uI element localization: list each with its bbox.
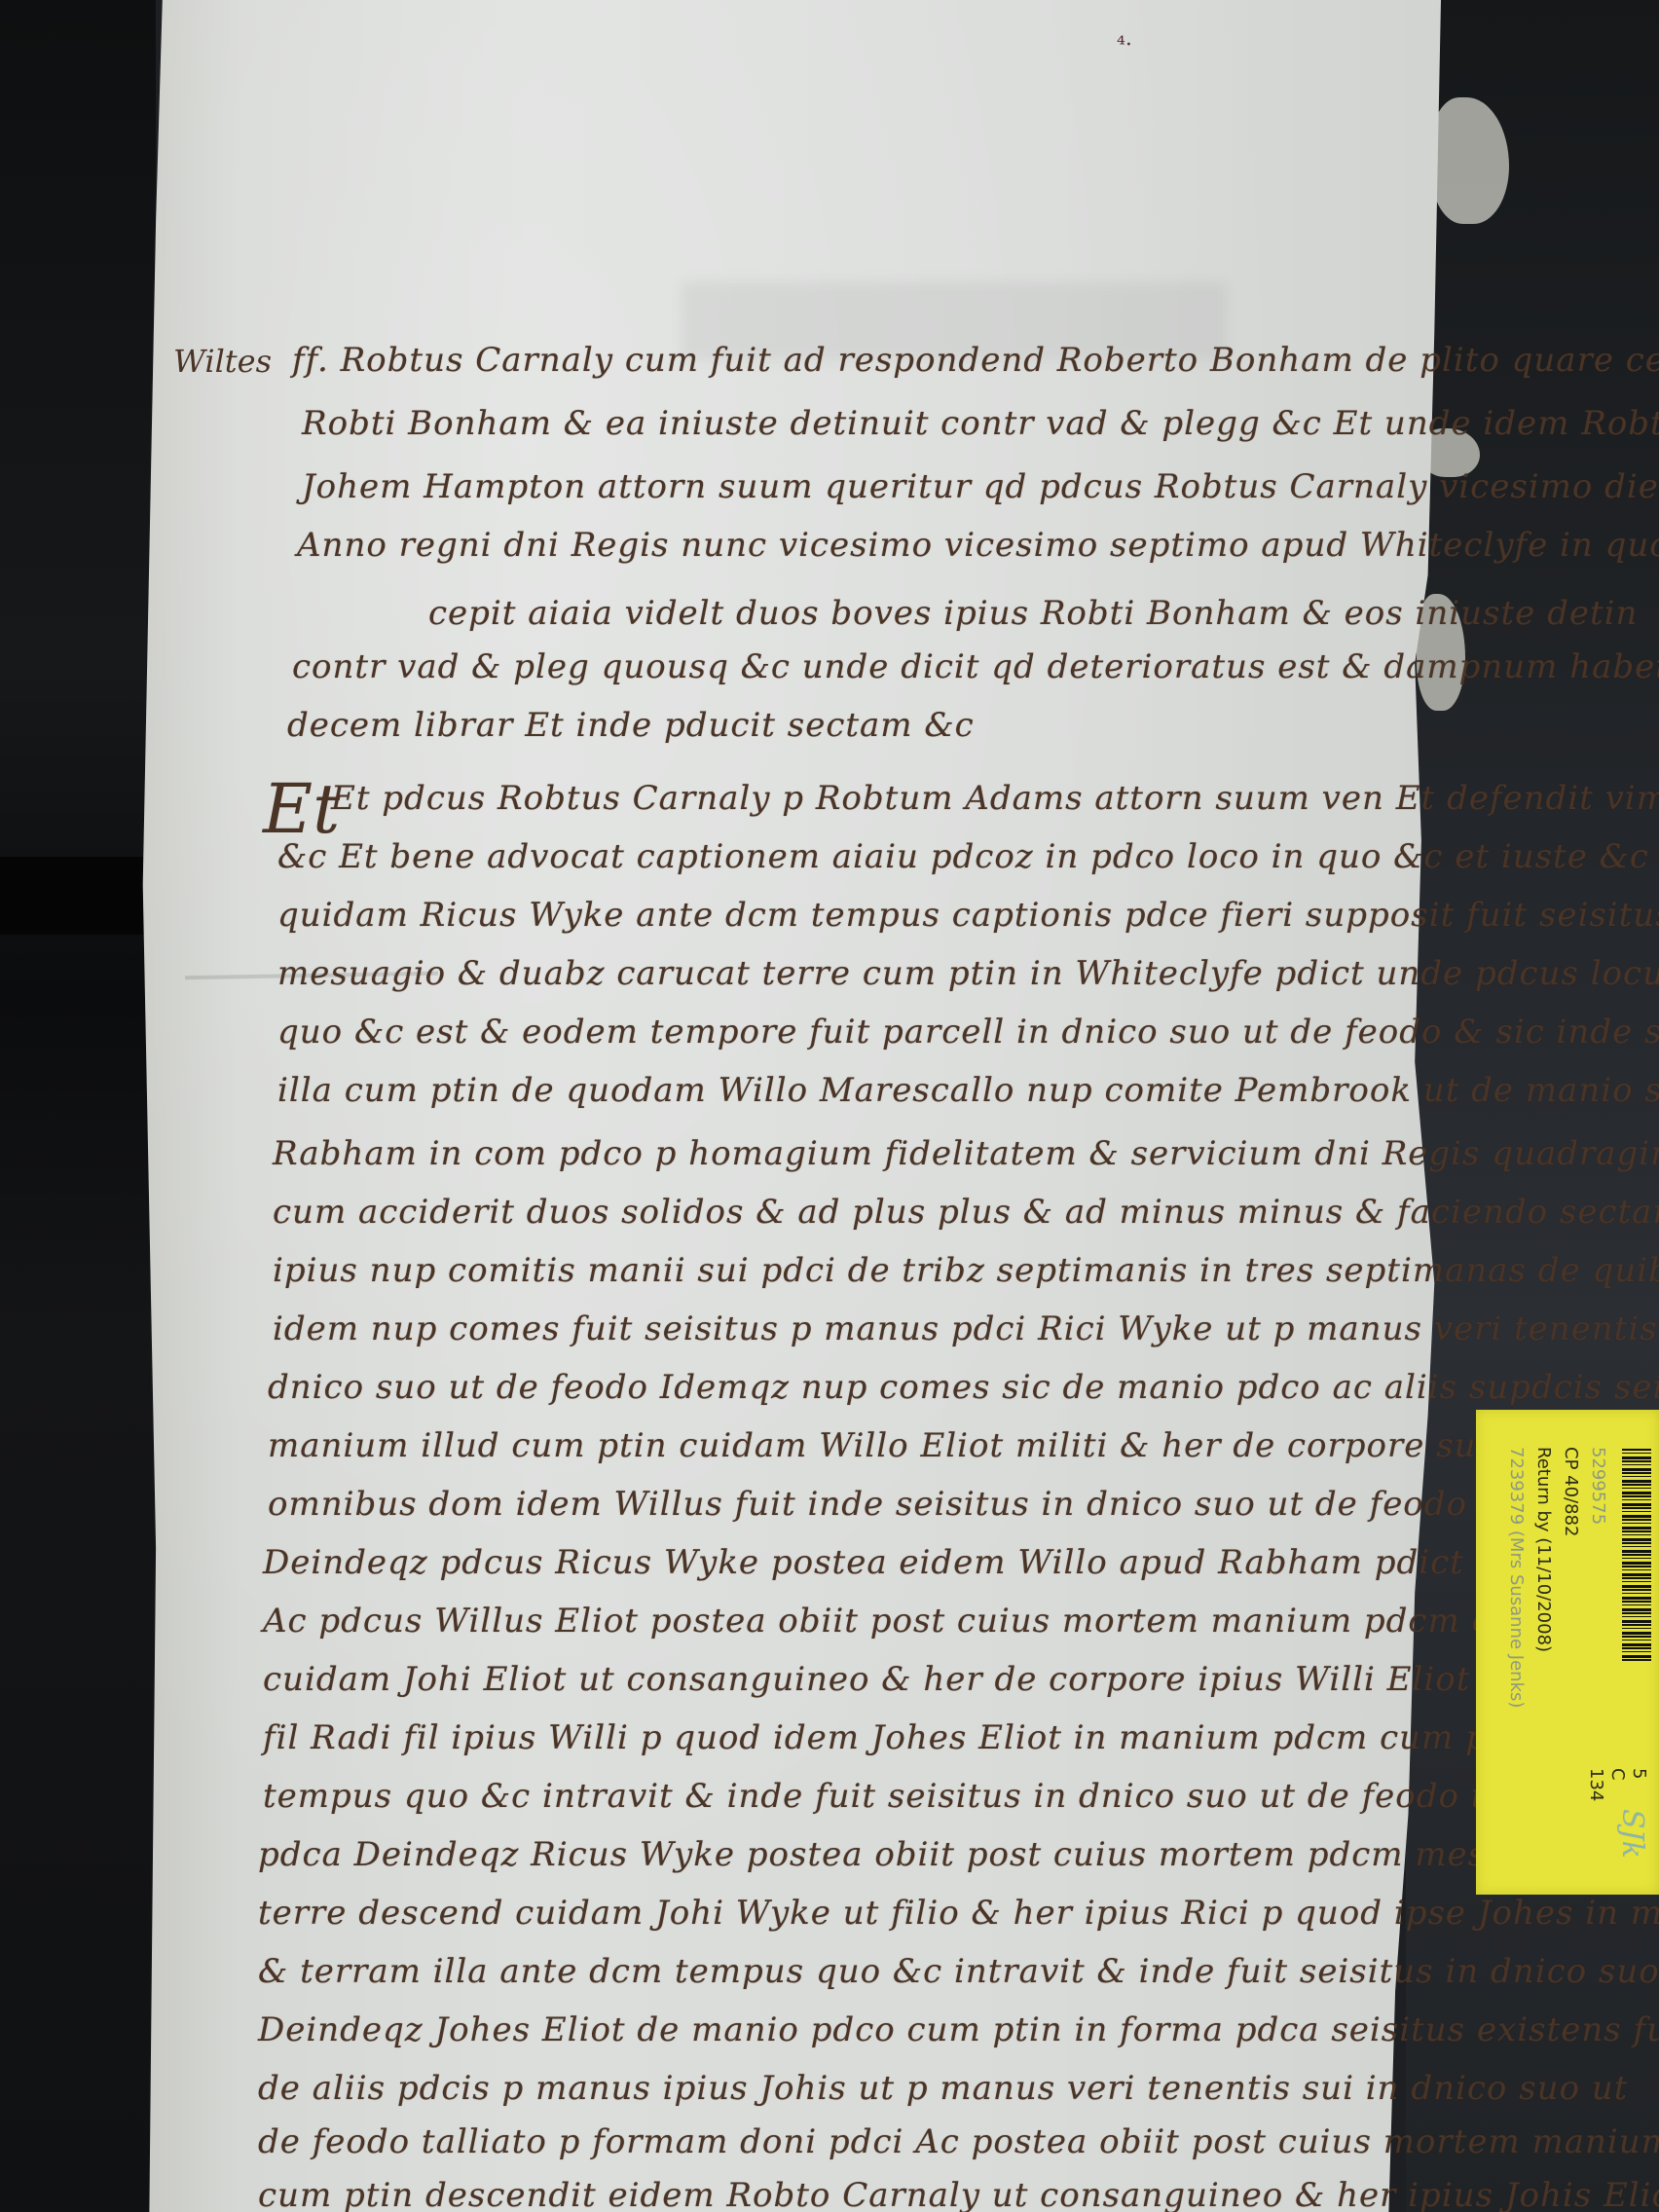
document-call-number: CP 40/882	[1561, 1447, 1581, 1536]
manuscript-line: pdca Deindeqz Ricus Wyke postea obiit po…	[258, 1835, 1659, 1874]
archive-request-slip: 5299575 CP 40/882 Return by (11/10/2008)…	[1476, 1410, 1659, 1895]
reader-ticket: 7239379 (Mrs Susanne Jenks)	[1506, 1447, 1527, 1708]
manuscript-line: & terram illa ante dcm tempus quo &c int…	[258, 1952, 1659, 1991]
return-date: Return by (11/10/2008)	[1533, 1447, 1554, 1652]
manuscript-line: ipius nup comitis manii sui pdci de trib…	[273, 1251, 1659, 1290]
archive-slip-content: 5299575 CP 40/882 Return by (11/10/2008)…	[1476, 1410, 1659, 1895]
manuscript-line: de aliis pdcis p manus ipius Johis ut p …	[258, 2069, 1628, 2108]
manuscript-line: Et pdcus Robtus Carnaly p Robtum Adams a…	[331, 779, 1659, 818]
manuscript-line: Anno regni dni Regis nunc vicesimo vices…	[297, 526, 1659, 565]
manuscript-line: Deindeqz pdcus Ricus Wyke postea eidem W…	[263, 1543, 1659, 1582]
margin-county-note: Wiltes	[173, 343, 272, 380]
location-code-bay: C	[1607, 1768, 1628, 1781]
manuscript-line: Robti Bonham & ea iniuste detinuit contr…	[302, 404, 1659, 443]
manuscript-line: terre descend cuidam Johi Wyke ut filio …	[258, 1894, 1659, 1933]
manuscript-line: ff. Robtus Carnaly cum fuit ad responden…	[292, 341, 1659, 380]
manuscript-line: illa cum ptin de quodam Willo Marescallo…	[277, 1071, 1659, 1110]
manuscript-line: Rabham in com pdco p homagium fidelitate…	[273, 1134, 1659, 1173]
manuscript-line: contr vad & pleg quousq &c unde dicit qd…	[292, 647, 1659, 686]
manuscript-line: tempus quo &c intravit & inde fuit seisi…	[263, 1777, 1659, 1816]
document-reference-number: 5299575	[1588, 1447, 1608, 1525]
manuscript-line: Deindeqz Johes Eliot de manio pdco cum p…	[258, 2010, 1659, 2049]
manuscript-line: idem nup comes fuit seisitus p manus pdc…	[273, 1309, 1659, 1348]
barcode-icon	[1622, 1449, 1651, 1663]
location-code-zone: 5	[1629, 1768, 1649, 1779]
manuscript-text: Wiltes Et ff. Robtus Carnaly cum fuit ad…	[0, 0, 1659, 2212]
manuscript-line: quo &c est & eodem tempore fuit parcell …	[277, 1013, 1659, 1051]
manuscript-line: cum acciderit duos solidos & ad plus plu…	[273, 1193, 1659, 1232]
location-code-shelf: 134	[1586, 1768, 1606, 1801]
manuscript-line: manium illud cum ptin cuidam Willo Eliot…	[268, 1426, 1659, 1465]
manuscript-line: cuidam Johi Eliot ut consanguineo & her …	[263, 1660, 1659, 1699]
manuscript-line: dnico suo ut de feodo Idemqz nup comes s…	[268, 1368, 1659, 1407]
manuscript-line: de feodo talliato p formam doni pdci Ac …	[258, 2122, 1659, 2161]
manuscript-line: quidam Ricus Wyke ante dcm tempus captio…	[277, 896, 1659, 935]
manuscript-line: fil Radi fil ipius Willi p quod idem Joh…	[263, 1718, 1659, 1757]
manuscript-line: decem librar Et inde pducit sectam &c	[287, 706, 975, 745]
manuscript-line: Ac pdcus Willus Eliot postea obiit post …	[263, 1602, 1659, 1641]
manuscript-line: Johem Hampton attorn suum queritur qd pd…	[302, 467, 1659, 506]
manuscript-line: &c Et bene advocat captionem aiaiu pdcoz…	[277, 837, 1659, 876]
manuscript-line: cepit aiaia videlt duos boves ipius Robt…	[428, 594, 1638, 633]
handwritten-initials: SJk	[1615, 1809, 1649, 1859]
manuscript-line: mesuagio & duabz carucat terre cum ptin …	[277, 954, 1659, 993]
manuscript-line: cum ptin descendit eidem Robto Carnaly u…	[258, 2176, 1659, 2212]
manuscript-line: omnibus dom idem Willus fuit inde seisit…	[268, 1485, 1659, 1524]
